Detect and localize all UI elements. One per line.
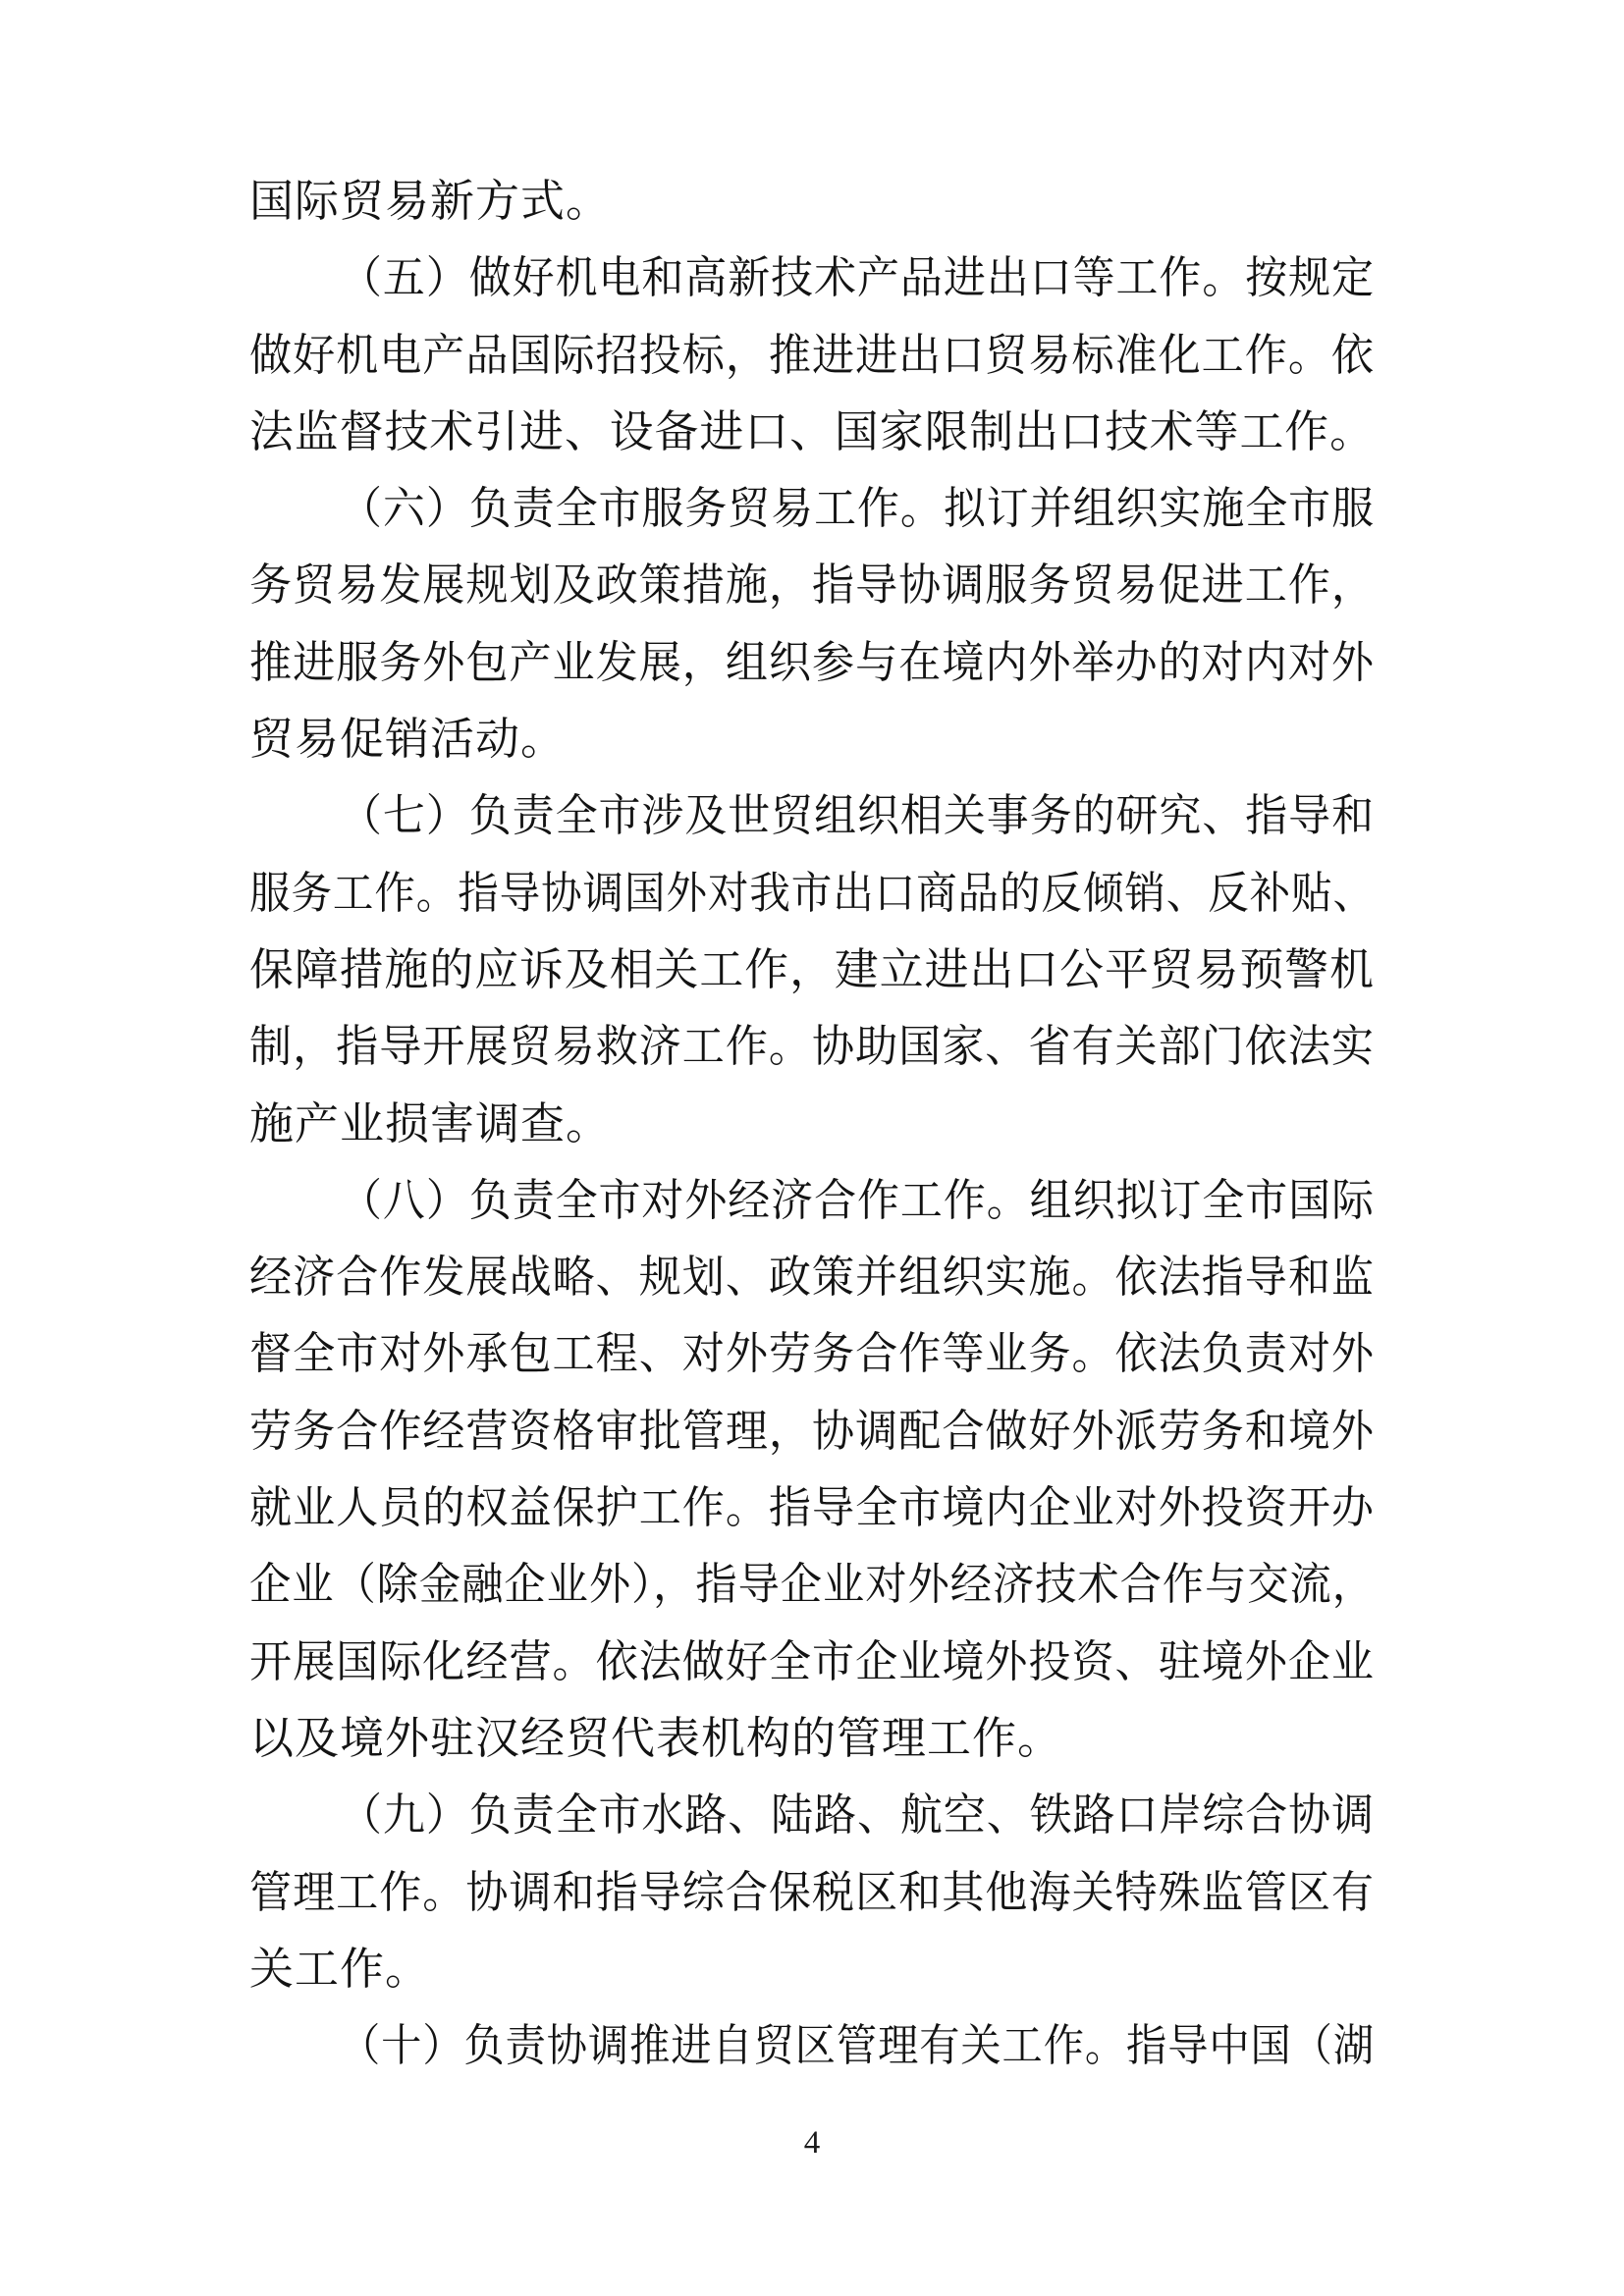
text-line-content: （八）负责全市对外经济合作工作。组织拟订全市国际 [340, 1162, 1375, 1239]
text-line-content: 推进服务外包产业发展，组织参与在境内外举办的对内对外 [249, 624, 1375, 701]
text-line: 以及境外驻汉经贸代表机构的管理工作。 [249, 1700, 1375, 1777]
text-line-content: 保障措施的应诉及相关工作，建立进出口公平贸易预警机 [249, 932, 1375, 1008]
text-line: 推进服务外包产业发展，组织参与在境内外举办的对内对外 [249, 624, 1375, 701]
text-line: （六）负责全市服务贸易工作。拟订并组织实施全市服 [249, 470, 1375, 547]
text-line-content: 管理工作。协调和指导综合保税区和其他海关特殊监管区有 [249, 1854, 1375, 1931]
text-line: 劳务合作经营资格审批管理，协调配合做好外派劳务和境外 [249, 1393, 1375, 1469]
text-line-content: 国际贸易新方式。 [249, 163, 611, 240]
text-line-content: 服务工作。指导协调国外对我市出口商品的反倾销、反补贴、 [249, 855, 1375, 932]
text-line-content: 法监督技术引进、设备进口、国家限制出口技术等工作。 [249, 394, 1375, 470]
text-line-content: 就业人员的权益保护工作。指导全市境内企业对外投资开办 [249, 1469, 1375, 1546]
text-line-content: 以及境外驻汉经贸代表机构的管理工作。 [249, 1700, 1062, 1777]
document-page: 国际贸易新方式。（五）做好机电和高新技术产品进出口等工作。按规定做好机电产品国际… [0, 0, 1624, 2296]
text-line: （五）做好机电和高新技术产品进出口等工作。按规定 [249, 240, 1375, 316]
text-line: （七）负责全市涉及世贸组织相关事务的研究、指导和 [249, 777, 1375, 854]
text-line-content: 督全市对外承包工程、对外劳务合作等业务。依法负责对外 [249, 1315, 1375, 1392]
page-number: 4 [0, 2123, 1624, 2163]
text-line: 服务工作。指导协调国外对我市出口商品的反倾销、反补贴、 [249, 855, 1375, 932]
text-line: 督全市对外承包工程、对外劳务合作等业务。依法负责对外 [249, 1315, 1375, 1392]
text-line-content: （五）做好机电和高新技术产品进出口等工作。按规定 [340, 240, 1375, 316]
text-line: 制，指导开展贸易救济工作。协助国家、省有关部门依法实 [249, 1008, 1375, 1085]
text-line-content: （七）负责全市涉及世贸组织相关事务的研究、指导和 [340, 777, 1375, 854]
text-line: （十）负责协调推进自贸区管理有关工作。指导中国（湖 [249, 2007, 1375, 2084]
text-line-content: （六）负责全市服务贸易工作。拟订并组织实施全市服 [340, 470, 1375, 547]
text-line-content: 务贸易发展规划及政策措施，指导协调服务贸易促进工作， [249, 547, 1375, 623]
text-line: 保障措施的应诉及相关工作，建立进出口公平贸易预警机 [249, 932, 1375, 1008]
text-line: 管理工作。协调和指导综合保税区和其他海关特殊监管区有 [249, 1854, 1375, 1931]
text-line-content: （九）负责全市水路、陆路、航空、铁路口岸综合协调 [340, 1777, 1375, 1853]
text-line: 企业（除金融企业外），指导企业对外经济技术合作与交流， [249, 1546, 1375, 1623]
text-line: 务贸易发展规划及政策措施，指导协调服务贸易促进工作， [249, 547, 1375, 623]
text-line-content: 关工作。 [249, 1931, 430, 2007]
text-line: 经济合作发展战略、规划、政策并组织实施。依法指导和监 [249, 1239, 1375, 1315]
text-line: 施产业损害调查。 [249, 1086, 1375, 1162]
text-line: 国际贸易新方式。 [249, 163, 1375, 240]
text-line: 关工作。 [249, 1931, 1375, 2007]
text-line: （九）负责全市水路、陆路、航空、铁路口岸综合协调 [249, 1777, 1375, 1853]
text-line-content: 制，指导开展贸易救济工作。协助国家、省有关部门依法实 [249, 1008, 1375, 1085]
text-line-content: 企业（除金融企业外），指导企业对外经济技术合作与交流， [249, 1546, 1375, 1623]
text-line: 做好机电产品国际招投标，推进进出口贸易标准化工作。依 [249, 317, 1375, 394]
document-body: 国际贸易新方式。（五）做好机电和高新技术产品进出口等工作。按规定做好机电产品国际… [249, 163, 1375, 2084]
text-line: 法监督技术引进、设备进口、国家限制出口技术等工作。 [249, 394, 1375, 470]
text-line-content: 贸易促销活动。 [249, 701, 566, 777]
text-line: 贸易促销活动。 [249, 701, 1375, 777]
text-line-content: （十）负责协调推进自贸区管理有关工作。指导中国（湖 [340, 2007, 1375, 2084]
text-line: （八）负责全市对外经济合作工作。组织拟订全市国际 [249, 1162, 1375, 1239]
text-line: 就业人员的权益保护工作。指导全市境内企业对外投资开办 [249, 1469, 1375, 1546]
text-line-content: 劳务合作经营资格审批管理，协调配合做好外派劳务和境外 [249, 1393, 1375, 1469]
text-line: 开展国际化经营。依法做好全市企业境外投资、驻境外企业 [249, 1624, 1375, 1700]
text-line-content: 经济合作发展战略、规划、政策并组织实施。依法指导和监 [249, 1239, 1375, 1315]
text-line-content: 施产业损害调查。 [249, 1086, 611, 1162]
text-line-content: 做好机电产品国际招投标，推进进出口贸易标准化工作。依 [249, 317, 1375, 394]
text-line-content: 开展国际化经营。依法做好全市企业境外投资、驻境外企业 [249, 1624, 1375, 1700]
